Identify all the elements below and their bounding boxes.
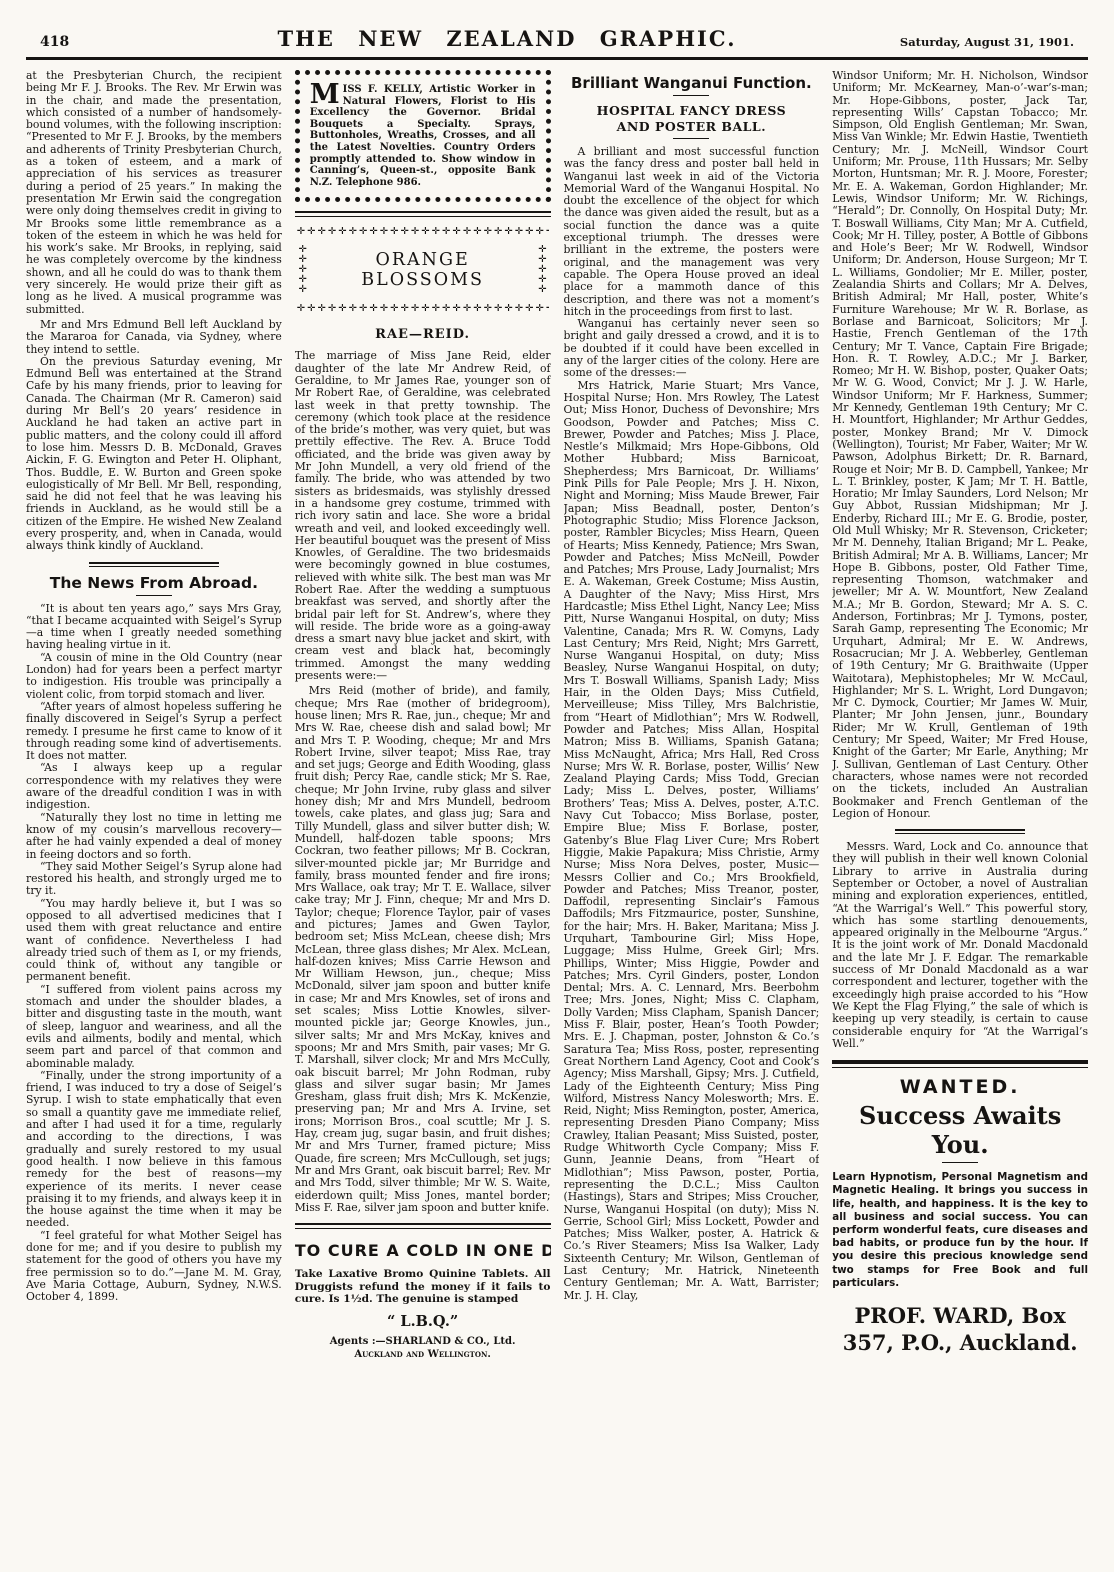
- decorative-border-right: ✛ ✛ ✛ ✛ ✛: [537, 245, 549, 295]
- dropcap-letter: M: [310, 84, 343, 105]
- section-divider: [89, 562, 219, 567]
- cold-cure-advertisement: TO CURE A COLD IN ONE DAY. Take Laxative…: [295, 1241, 551, 1360]
- ward-lock-paragraph: Messrs. Ward, Lock and Co. announce that…: [832, 841, 1088, 1050]
- heading-rule: [942, 1162, 978, 1163]
- column-layout: at the Presbyterian Church, the recipien…: [0, 66, 1114, 1560]
- page-title: THE NEW ZEALAND GRAPHIC.: [160, 26, 854, 51]
- wanted-heading: WANTED.: [832, 1076, 1088, 1098]
- column-4: Windsor Uniform; Mr. H. Nicholson, Winds…: [832, 70, 1088, 1560]
- section-divider: [832, 1060, 1088, 1068]
- costume-list-continuation: Windsor Uniform; Mr. H. Nicholson, Winds…: [832, 70, 1088, 820]
- orange-blossoms-mid: ✛ ✛ ✛ ✛ ✛ ORANGE BLOSSOMS ✛ ✛ ✛ ✛ ✛: [297, 236, 549, 304]
- ball-report-paragraph: Wanganui has certainly never seen so bri…: [564, 318, 820, 379]
- decorative-border-top: ✛✛✛✛✛✛✛✛✛✛✛✛✛✛✛✛✛✛✛✛✛✛✛✛✛✛✛✛: [297, 227, 549, 236]
- testimonial-paragraph: “Naturally they lost no time in letting …: [26, 812, 282, 861]
- wanted-advertisement: WANTED. Success Awaits You. Learn Hypnot…: [832, 1076, 1088, 1356]
- newspaper-page: 418 THE NEW ZEALAND GRAPHIC. Saturday, A…: [0, 0, 1114, 1572]
- testimonial-paragraph: “They said Mother Seigel’s Syrup alone h…: [26, 861, 282, 898]
- cold-cure-stamp: “ L.B.Q.”: [295, 1313, 551, 1330]
- article-continuation: at the Presbyterian Church, the recipien…: [26, 70, 282, 316]
- wanganui-function-heading: Brilliant Wanganui Function.: [564, 74, 820, 92]
- testimonial-paragraph: “It is about ten years ago,” says Mrs Gr…: [26, 603, 282, 652]
- ball-report-paragraph: A brilliant and most successful function…: [564, 146, 820, 318]
- paragraph: On the previous Saturday evening, Mr Edm…: [26, 356, 282, 553]
- wedding-article: The marriage of Miss Jane Reid, elder da…: [295, 350, 551, 682]
- orange-blossoms-title: ORANGE BLOSSOMS: [309, 236, 537, 304]
- page-number: 418: [40, 34, 160, 50]
- costume-list: Mrs Hatrick, Marie Stuart; Mrs Vance, Ho…: [564, 380, 820, 1302]
- issue-date: Saturday, August 31, 1901.: [854, 35, 1074, 49]
- testimonial-paragraph: “You may hardly believe it, but I was so…: [26, 898, 282, 984]
- wanted-body: Learn Hypnotism, Personal Magnetism and …: [832, 1171, 1088, 1290]
- testimonial-paragraph: “I feel grateful for what Mother Seigel …: [26, 1230, 282, 1304]
- testimonial-paragraph: “A cousin of mine in the Old Country (ne…: [26, 652, 282, 701]
- florist-advertisement: MISS F. KELLY, Artistic Worker in Natura…: [295, 70, 551, 202]
- masthead-rule: [26, 57, 1088, 60]
- wanted-signature: PROF. WARD, Box 357, P.O., Auckland.: [832, 1302, 1088, 1356]
- column-2: MISS F. KELLY, Artistic Worker in Natura…: [295, 70, 551, 1560]
- cold-cure-cities: Auckland and Wellington.: [295, 1349, 551, 1360]
- heading-rule: [673, 138, 709, 139]
- orange-blossoms-box: ✛✛✛✛✛✛✛✛✛✛✛✛✛✛✛✛✛✛✛✛✛✛✛✛✛✛✛✛ ✛ ✛ ✛ ✛ ✛ O…: [297, 227, 549, 313]
- wedding-presents-list: Mrs Reid (mother of bride), and family, …: [295, 685, 551, 1214]
- cold-cure-heading: TO CURE A COLD IN ONE DAY.: [295, 1241, 551, 1260]
- testimonial-paragraph: “Finally, under the strong importunity o…: [26, 1070, 282, 1230]
- section-divider: [895, 829, 1025, 834]
- column-3: Brilliant Wanganui Function. HOSPITAL FA…: [564, 70, 820, 1560]
- testimonial-paragraph: “I suffered from violent pains across my…: [26, 984, 282, 1070]
- paragraph: Mr and Mrs Edmund Bell left Auckland by …: [26, 319, 282, 356]
- decorative-border-bottom: ✛✛✛✛✛✛✛✛✛✛✛✛✛✛✛✛✛✛✛✛✛✛✛✛✛✛✛✛: [297, 304, 549, 313]
- heading-rule: [136, 595, 172, 596]
- decorative-border-left: ✛ ✛ ✛ ✛ ✛: [297, 245, 309, 295]
- cold-cure-agents: Agents :—SHARLAND & CO., Ltd.: [295, 1336, 551, 1347]
- florist-ad-text: ISS F. KELLY, Artistic Worker in Natural…: [310, 84, 536, 188]
- section-divider: [295, 1223, 551, 1229]
- testimonial-paragraph: “After years of almost hopeless sufferin…: [26, 701, 282, 762]
- column-1: at the Presbyterian Church, the recipien…: [26, 70, 282, 1560]
- rae-reid-heading: RAE—REID.: [295, 327, 551, 342]
- wanted-subheading: Success Awaits You.: [832, 1101, 1088, 1159]
- news-from-abroad-heading: The News From Abroad.: [26, 574, 282, 592]
- masthead: 418 THE NEW ZEALAND GRAPHIC. Saturday, A…: [0, 0, 1114, 55]
- section-divider: [295, 211, 551, 217]
- testimonial-paragraph: “As I always keep up a regular correspon…: [26, 762, 282, 811]
- hospital-ball-subheading: HOSPITAL FANCY DRESS AND POSTER BALL.: [578, 103, 806, 135]
- heading-rule: [673, 95, 709, 96]
- cold-cure-body: Take Laxative Bromo Quinine Tablets. All…: [295, 1268, 551, 1306]
